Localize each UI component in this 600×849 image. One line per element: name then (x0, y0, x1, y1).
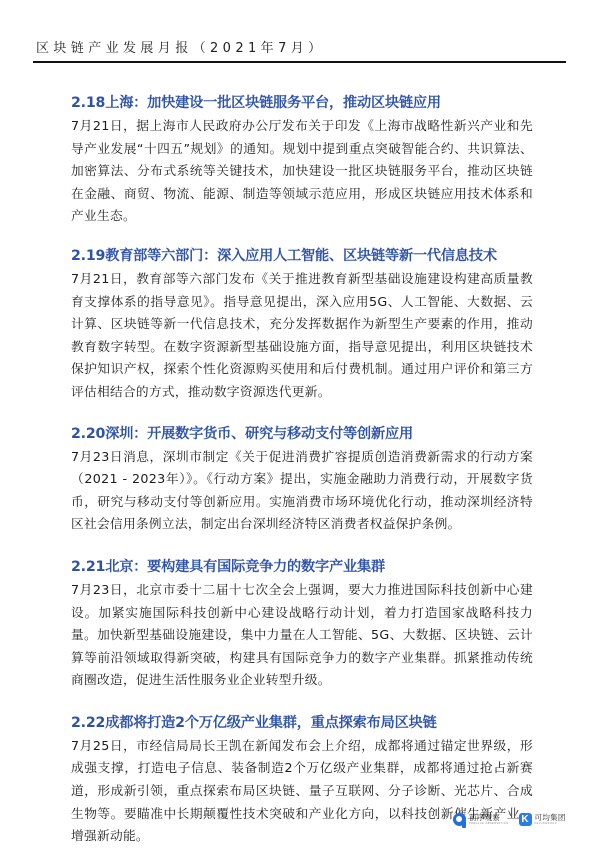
section-paragraph: 7月21日，教育部等六部门发布《关于推进教育新型基础设施建设构建高质量教育支撑体… (71, 268, 533, 404)
section-heading: 2.22成都将打造2个万亿级产业集群，重点探索布局区块链 (71, 713, 533, 733)
section-heading: 2.20深圳：开展数字货币、研究与移动支付等创新应用 (71, 424, 533, 444)
logo-subtitle: PREFACE OBSERVATION (469, 823, 509, 826)
report-title: 区块链产业发展月报（2021年7月） (36, 40, 566, 58)
header-divider (33, 61, 566, 63)
logo-name: 前序观察 (469, 814, 509, 822)
footer-logos: 前序观察 PREFACE OBSERVATION K 可均集团 KEJUNGRO… (453, 813, 566, 826)
section-paragraph: 7月21日，据上海市人民政府办公厅发布关于印发《上海市战略性新兴产业和先导产业发… (71, 115, 533, 228)
q-logo-icon (453, 813, 466, 826)
section-paragraph: 7月23日，北京市委十二届十七次全会上强调，要大力推进国际科技创新中心建设。加紧… (71, 579, 533, 692)
logo-kejun-group: K 可均集团 KEJUNGROUP (519, 813, 566, 826)
document-content: 2.18上海：加快建设一批区块链服务平台，推动区块链应用 7月21日，据上海市人… (71, 93, 533, 848)
logo-subtitle: KEJUNGROUP (535, 823, 566, 826)
logo-qianxu-observation: 前序观察 PREFACE OBSERVATION (453, 813, 509, 826)
section-shanghai: 2.18上海：加快建设一批区块链服务平台，推动区块链应用 7月21日，据上海市人… (71, 93, 533, 228)
section-paragraph: 7月23日消息，深圳市制定《关于促进消费扩容提质创造消费新需求的行动方案（202… (71, 446, 533, 536)
section-ministry-of-education: 2.19教育部等六部门：深入应用人工智能、区块链等新一代信息技术 7月21日，教… (71, 246, 533, 404)
section-heading: 2.21北京：要构建具有国际竞争力的数字产业集群 (71, 557, 533, 577)
section-heading: 2.19教育部等六部门：深入应用人工智能、区块链等新一代信息技术 (71, 246, 533, 266)
logo-name: 可均集团 (535, 814, 566, 822)
section-shenzhen: 2.20深圳：开展数字货币、研究与移动支付等创新应用 7月23日消息，深圳市制定… (71, 424, 533, 536)
k-logo-icon: K (519, 813, 532, 826)
section-paragraph: 7月25日，市经信局局长王凯在新闻发布会上介绍，成都将通过锚定世界级，形成强支撑… (71, 735, 533, 848)
page-header: 区块链产业发展月报（2021年7月） (36, 40, 566, 58)
section-beijing: 2.21北京：要构建具有国际竞争力的数字产业集群 7月23日，北京市委十二届十七… (71, 557, 533, 692)
section-heading: 2.18上海：加快建设一批区块链服务平台，推动区块链应用 (71, 93, 533, 113)
